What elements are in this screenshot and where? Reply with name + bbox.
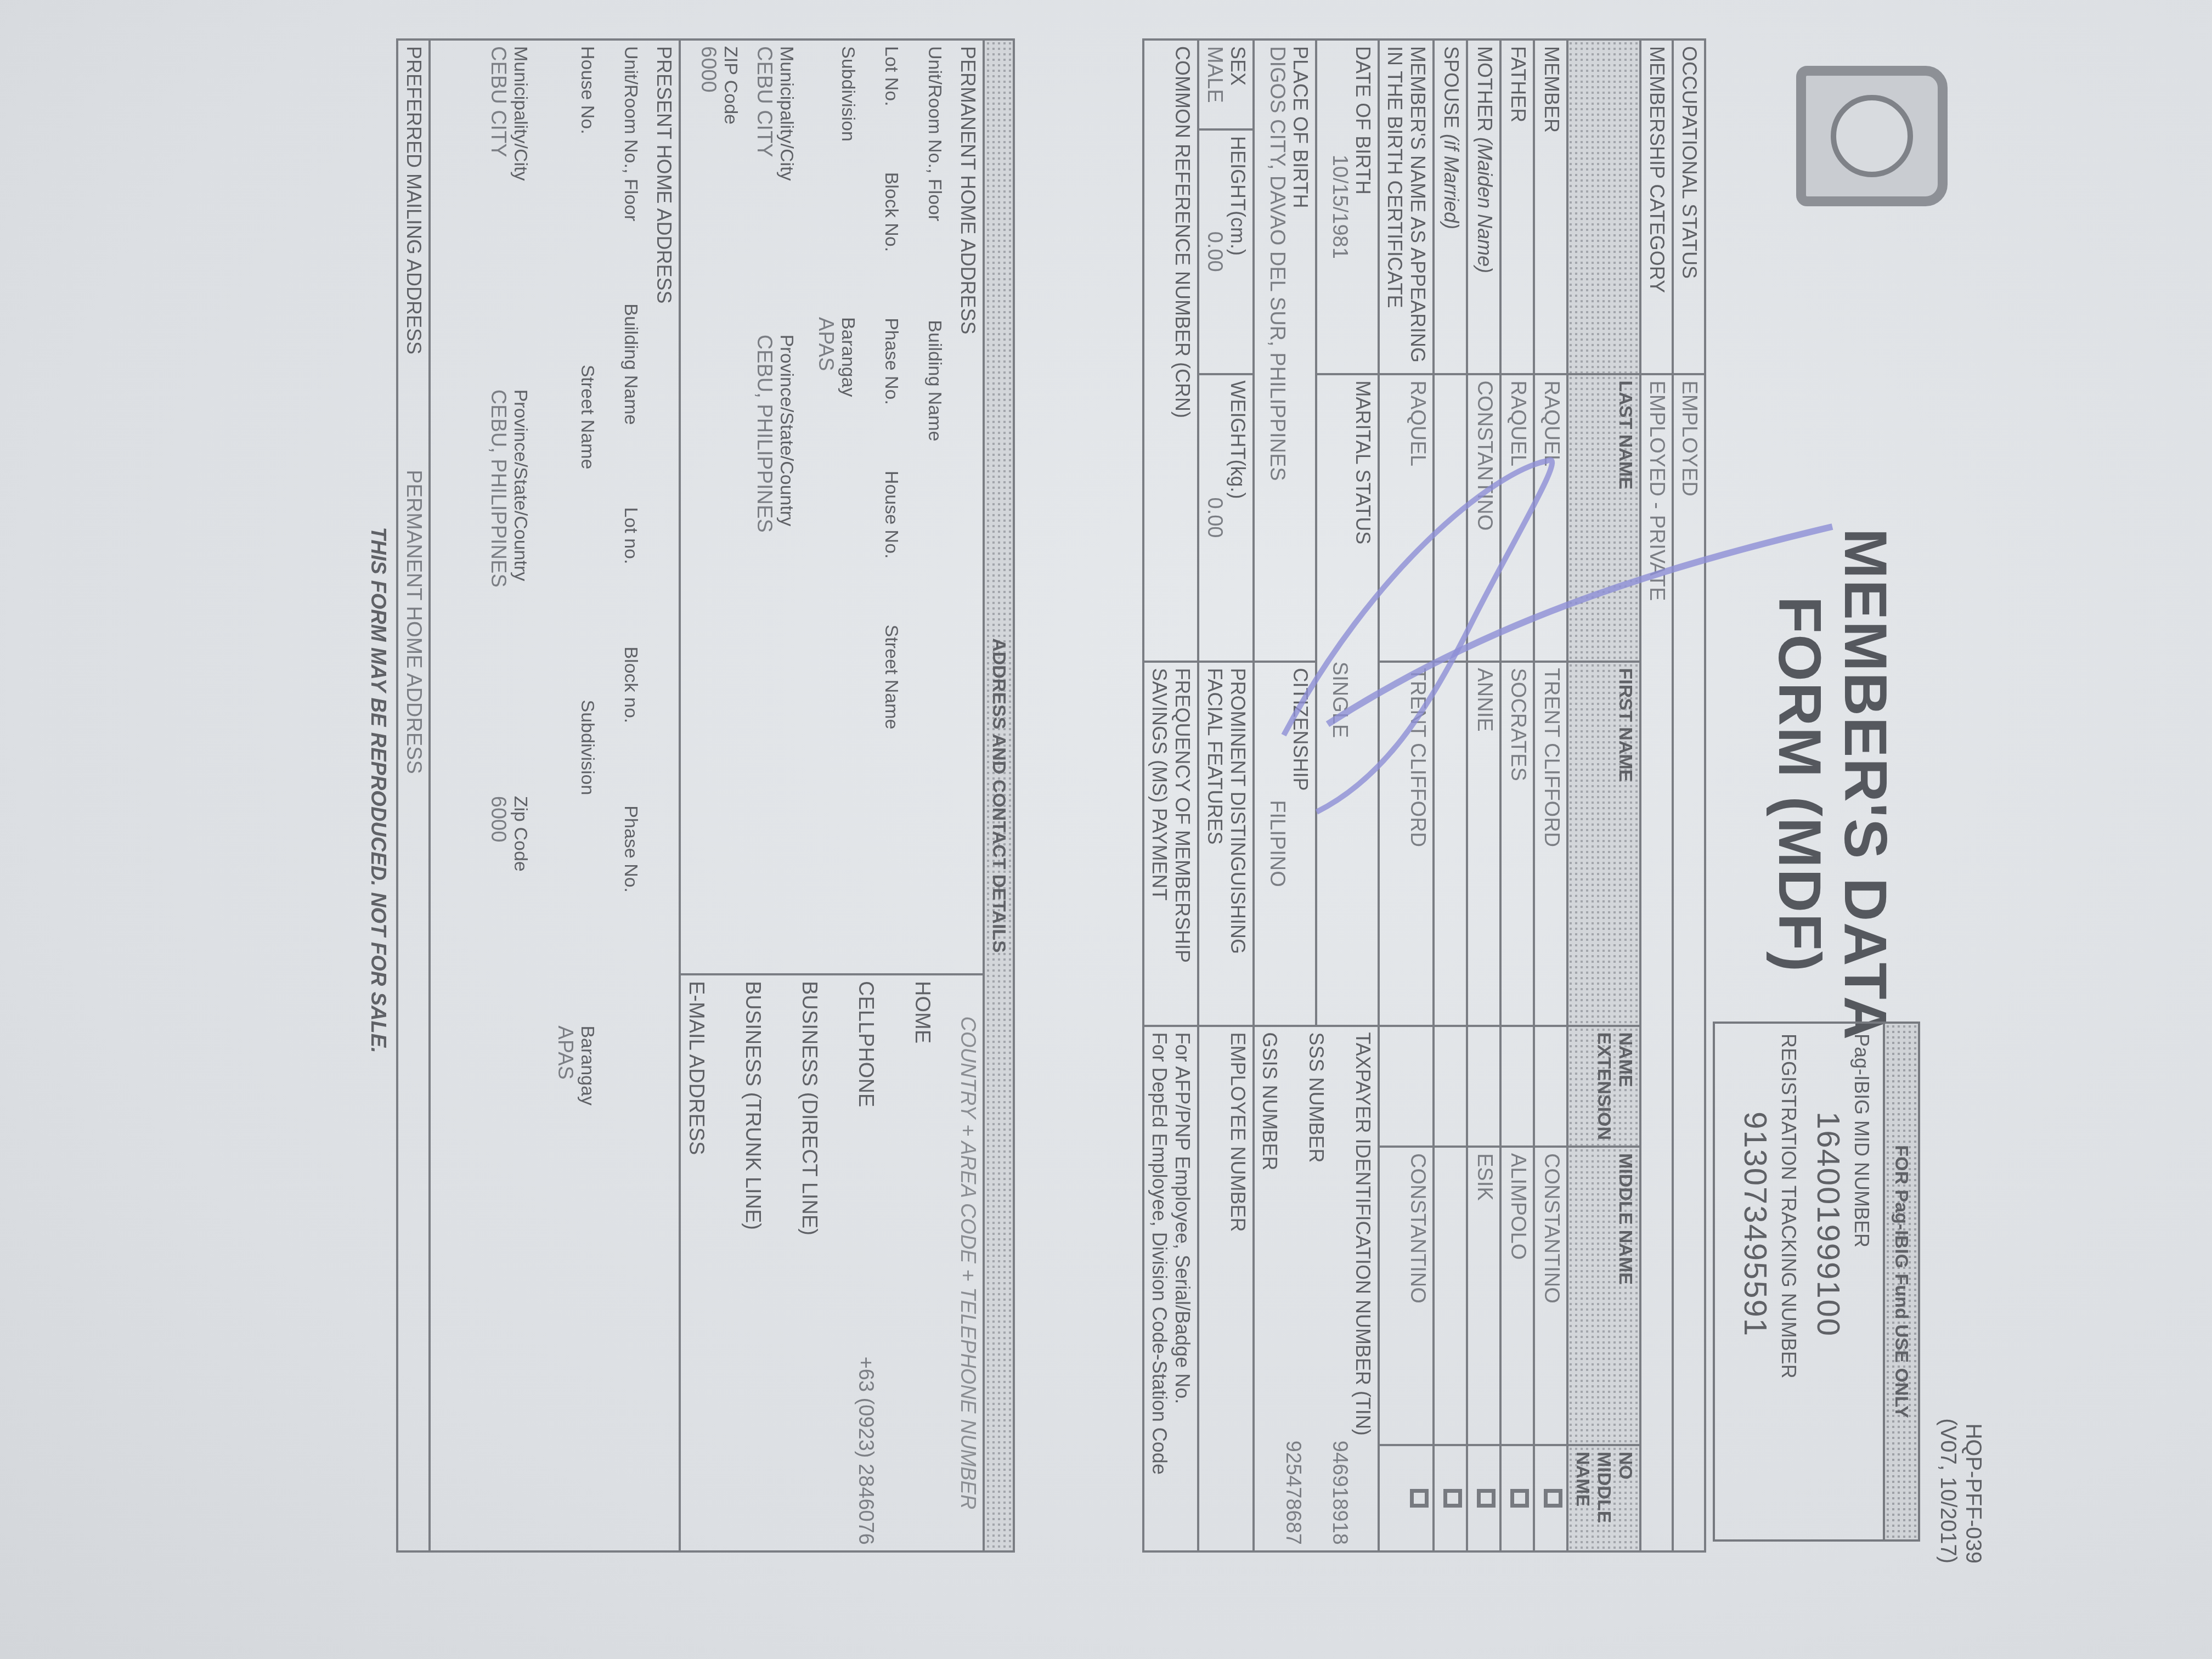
mother-first-name[interactable]: ANNIE: [1467, 662, 1500, 1026]
spouse-no-middle-name-checkbox[interactable]: [1443, 1489, 1462, 1508]
birthcert-no-middle-name-checkbox[interactable]: [1410, 1489, 1429, 1508]
date-of-birth-field[interactable]: 10/15/1981: [1328, 46, 1351, 368]
birthcert-middle-name[interactable]: CONSTANTINO: [1379, 1147, 1434, 1445]
mother-no-middle-name-checkbox[interactable]: [1477, 1489, 1496, 1508]
contact-details-block: COUNTRY + AREA CODE + TELEPHONE NUMBER H…: [680, 974, 984, 1551]
place-of-birth-field[interactable]: DIGOS CITY, DAVAO DEL SUR, PHILIPPINES: [1265, 46, 1289, 655]
form-header: MEMBER'S DATA FORM (MDF) HQP-PFF-039 (V0…: [1723, 16, 2030, 1575]
form-footer: THIS FORM MAY BE REPRODUCED. NOT FOR SAL…: [366, 0, 390, 1585]
occupational-status-field[interactable]: EMPLOYED: [1673, 374, 1705, 1551]
mother-middle-name[interactable]: ESIK: [1467, 1147, 1500, 1445]
crn-row: COMMON REFERENCE NUMBER (CRN) FREQUENCY …: [1143, 39, 1198, 1551]
member-last-name[interactable]: RAQUEL: [1534, 374, 1567, 662]
table-row: MOTHER (Maiden Name) CONSTANTINO ANNIE E…: [1467, 39, 1500, 1551]
table-row: MEMBER'S NAME AS APPEARING IN THE BIRTH …: [1379, 39, 1434, 1551]
rtn-label: REGISTRATION TRACKING NUMBER: [1777, 1034, 1800, 1539]
mailing-address-row: PREFERRED MAILING ADDRESS PERMANENT HOME…: [397, 39, 430, 1551]
mid-number-value: 164001999100: [1810, 1111, 1847, 1539]
height-field[interactable]: 0.00: [1203, 136, 1226, 368]
father-first-name[interactable]: SOCRATES: [1500, 662, 1534, 1026]
cellphone-field[interactable]: +63 (0923) 2846076: [854, 1357, 877, 1545]
mailing-address-field[interactable]: PERMANENT HOME ADDRESS: [402, 470, 425, 774]
permanent-address-block[interactable]: PERMANENT HOME ADDRESS Unit/Room No., Fl…: [680, 39, 984, 974]
present-address-block[interactable]: PRESENT HOME ADDRESS Unit/Room No., Floo…: [430, 39, 680, 1551]
birthcert-name-extension[interactable]: [1379, 1026, 1434, 1147]
spouse-middle-name[interactable]: [1434, 1147, 1467, 1445]
father-last-name[interactable]: RAQUEL: [1500, 374, 1534, 662]
members-data-form: MEMBER'S DATA FORM (MDF) HQP-PFF-039 (V0…: [357, 0, 2030, 1585]
fund-use-only-box: FOR Pag-IBIG Fund USE ONLY Pag-IBIG MID …: [1713, 1022, 1920, 1542]
table-row: FATHER RAQUEL SOCRATES ALIMPOLO: [1500, 39, 1534, 1551]
member-middle-name[interactable]: CONSTANTINO: [1534, 1147, 1567, 1445]
birthcert-first-name[interactable]: TRENT CLIFFORD: [1379, 662, 1434, 1026]
member-first-name[interactable]: TRENT CLIFFORD: [1534, 662, 1567, 1026]
occupational-status-row: OCCUPATIONAL STATUS EMPLOYED: [1673, 39, 1705, 1551]
membership-category-field[interactable]: EMPLOYED - PRIVATE: [1640, 374, 1673, 1551]
member-info-table: OCCUPATIONAL STATUS EMPLOYED MEMBERSHIP …: [1142, 38, 1706, 1553]
address-contact-table: ADDRESS AND CONTACT DETAILS PERMANENT HO…: [396, 38, 1015, 1553]
form-code: HQP-PFF-039 (V07, 10/2017): [1936, 1418, 1986, 1564]
sex-field[interactable]: MALE: [1203, 46, 1226, 123]
father-middle-name[interactable]: ALIMPOLO: [1500, 1147, 1534, 1445]
weight-field[interactable]: 0.00: [1203, 381, 1226, 655]
birthcert-last-name[interactable]: RAQUEL: [1379, 374, 1434, 662]
citizenship-field[interactable]: FILIPINO: [1265, 668, 1289, 1019]
membership-category-row: MEMBERSHIP CATEGORY EMPLOYED - PRIVATE: [1640, 39, 1673, 1551]
mother-name-extension[interactable]: [1467, 1026, 1500, 1147]
sex-row: SEXMALE HEIGHT(cm.)0.00 WEIGHT(kg.)0.00 …: [1198, 39, 1254, 1551]
fund-use-heading: FOR Pag-IBIG Fund USE ONLY: [1883, 1024, 1918, 1539]
mid-number-label: Pag-IBIG MID NUMBER: [1850, 1034, 1873, 1539]
spouse-last-name[interactable]: [1434, 374, 1467, 662]
member-no-middle-name-checkbox[interactable]: [1544, 1489, 1562, 1508]
pag-ibig-logo-icon: [1796, 66, 1948, 206]
mother-last-name[interactable]: CONSTANTINO: [1467, 374, 1500, 662]
sss-field[interactable]: 925478687: [1281, 1032, 1305, 1545]
father-no-middle-name-checkbox[interactable]: [1510, 1489, 1529, 1508]
dob-row: DATE OF BIRTH10/15/1981 MARITAL STATUSSI…: [1316, 39, 1379, 1551]
form-title: MEMBER'S DATA FORM (MDF): [1767, 510, 1898, 1059]
table-row: SPOUSE (if Married): [1434, 39, 1467, 1551]
marital-status-field[interactable]: SINGLE: [1328, 381, 1351, 1019]
spouse-first-name[interactable]: [1434, 662, 1467, 1026]
spouse-name-extension[interactable]: [1434, 1026, 1467, 1147]
tin-field[interactable]: 946918918: [1328, 1032, 1351, 1545]
father-name-extension[interactable]: [1500, 1026, 1534, 1147]
rtn-value: 913073495591: [1737, 1111, 1774, 1539]
name-header-row: LAST NAME FIRST NAME NAME EXTENSION MIDD…: [1567, 39, 1640, 1551]
member-name-extension[interactable]: [1534, 1026, 1567, 1147]
address-section-heading: ADDRESS AND CONTACT DETAILS: [984, 39, 1014, 1551]
table-row: MEMBER RAQUEL TRENT CLIFFORD CONSTANTINO: [1534, 39, 1567, 1551]
